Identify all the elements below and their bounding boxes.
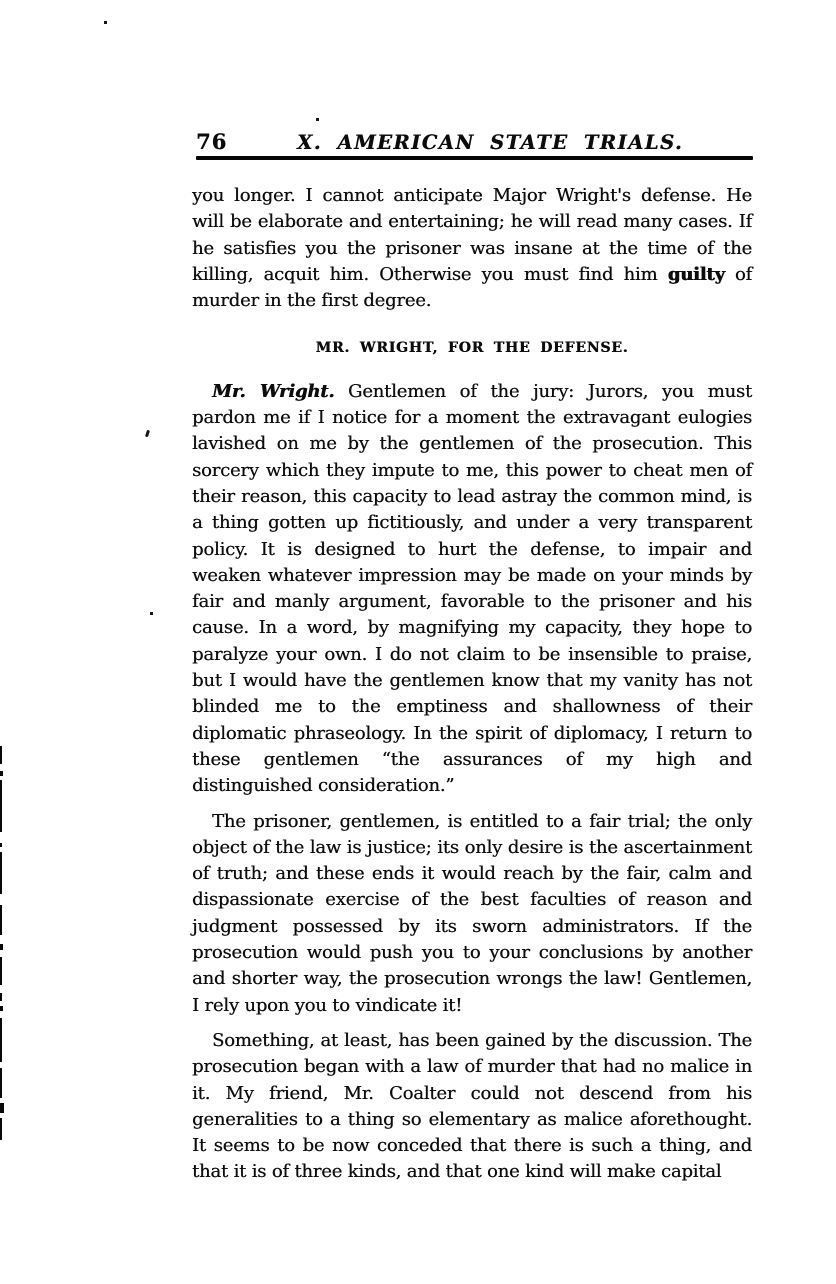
scan-edge-artifact [0,957,2,985]
paragraph-text: Gentlemen of the jury: Jurors, you must … [192,381,752,796]
scan-speck [145,430,150,438]
scan-edge-artifact [0,944,3,950]
scan-edge-artifact [0,905,2,935]
scan-speck [150,612,153,615]
header-rule [196,156,753,160]
page-number: 76 [196,129,227,154]
scan-edge-artifact [0,771,3,776]
scan-edge-artifact [0,1006,3,1011]
scan-edge-artifact [0,1018,2,1062]
scan-edge-artifact [0,1103,4,1113]
paragraph-continuation: you longer. I cannot anticipate Major Wr… [192,183,752,314]
scan-edge-artifact [0,1068,2,1098]
scan-edge-artifact [0,1118,2,1140]
scan-edge-artifact [0,852,2,894]
speaker-name: Mr. Wright. [212,381,334,402]
section-heading: MR. WRIGHT, FOR THE DEFENSE. [192,335,752,361]
scan-edge-artifact [0,746,2,764]
scan-edge-artifact [0,993,2,1001]
running-title: X. AMERICAN STATE TRIALS. [227,131,753,154]
paragraph: Something, at least, has been gained by … [192,1028,752,1186]
scan-edge-artifact [0,780,2,832]
paragraph: The prisoner, gentlemen, is entitled to … [192,809,752,1019]
paragraph-speech: Mr. Wright. Gentlemen of the jury: Juror… [192,379,752,800]
scan-edge-artifact [0,843,2,847]
page-header: 76 X. AMERICAN STATE TRIALS. [196,129,753,154]
scan-speck [104,21,107,24]
page-body: you longer. I cannot anticipate Major Wr… [192,183,752,1195]
scan-speck [316,118,319,121]
book-page: 76 X. AMERICAN STATE TRIALS. you longer.… [0,0,836,1284]
emphasized-word-guilty: guilty [668,264,725,285]
